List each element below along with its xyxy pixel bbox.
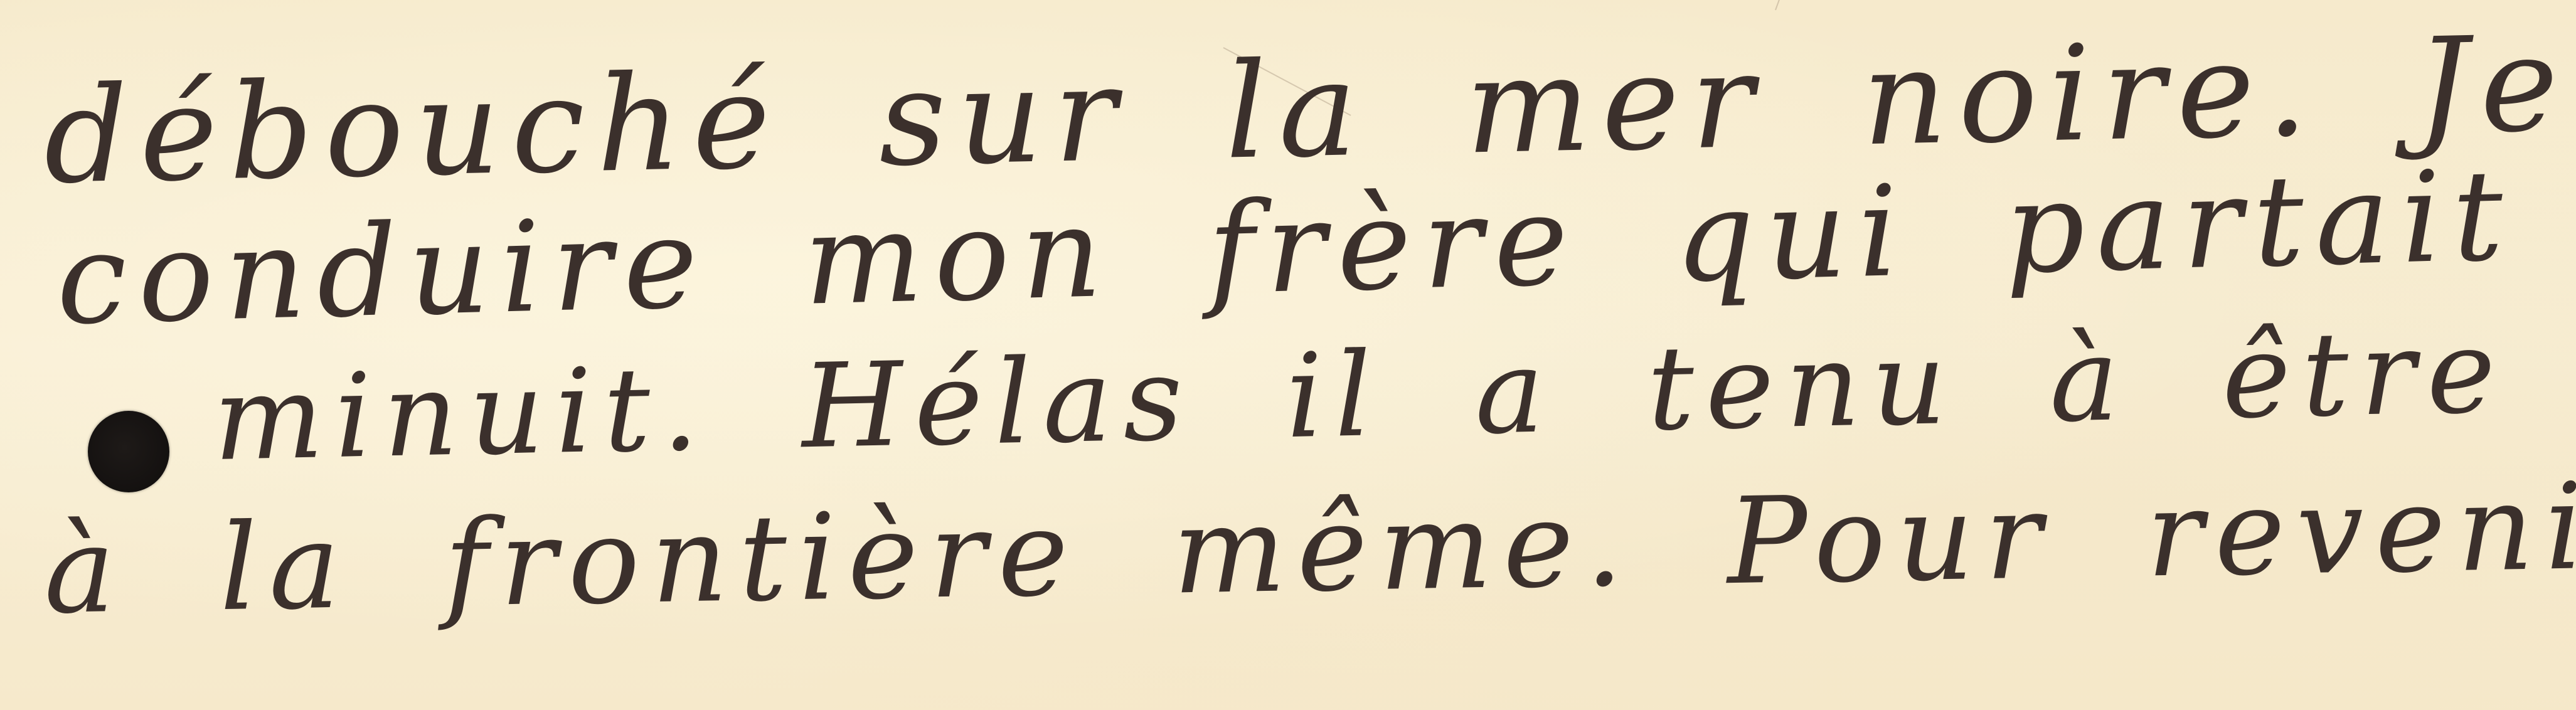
word: à: [2048, 311, 2131, 448]
letter-page: débouché sur la mer noire. Je viens de c…: [0, 0, 2576, 710]
word: à: [43, 501, 127, 640]
word: même.: [1171, 474, 1635, 621]
word: mon: [802, 179, 1115, 334]
paper-crease: [1775, 0, 1828, 10]
word: Hélas: [801, 331, 1196, 474]
word: minuit.: [212, 341, 711, 487]
word: débouché: [42, 44, 783, 213]
word: revenir: [2145, 456, 2576, 603]
word: mer: [1464, 24, 1767, 184]
word: il: [1284, 327, 1384, 464]
word: a: [1474, 323, 1557, 460]
word: Je: [2414, 7, 2571, 164]
word: Pour: [1726, 467, 2055, 611]
word: être: [2220, 303, 2508, 444]
word: frontière: [443, 484, 1080, 633]
word: la: [1223, 32, 1370, 189]
word: conduire: [55, 190, 711, 353]
word: sur: [877, 37, 1129, 196]
word: tenu: [1646, 315, 1959, 457]
word: qui: [1673, 159, 1912, 311]
punch-hole-icon: [88, 411, 169, 492]
word: la: [218, 496, 353, 637]
word: frère: [1206, 167, 1581, 322]
word: partait: [2003, 142, 2516, 302]
